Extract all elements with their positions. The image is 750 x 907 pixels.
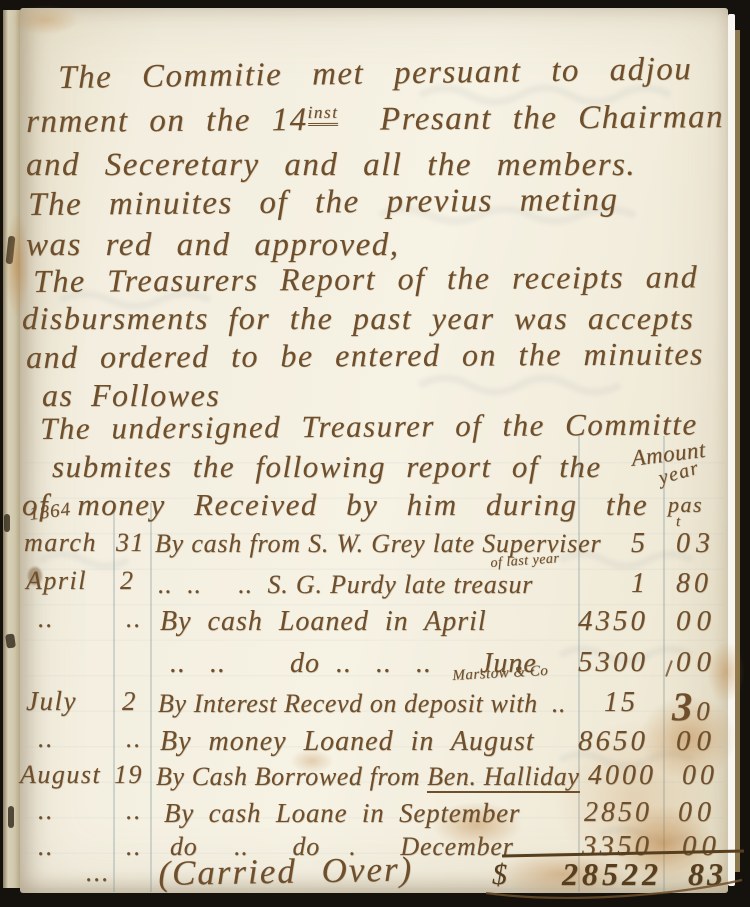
manuscript-line: was red and approved, [26, 227, 400, 264]
desc-text: By Cash Borrowed from [156, 762, 427, 791]
ledger-cents: 00 [676, 605, 717, 638]
scanned-ledger-photo: { "manuscript": { "paragraphs": [ {"text… [0, 0, 750, 907]
ledger-cents: 03 [676, 528, 716, 560]
ledger-day: 19 [114, 760, 143, 790]
manuscript-line: The minuites of the previus meting [28, 182, 619, 224]
ledger-month: march [24, 528, 97, 558]
ledger-desc: By cash Loaned in April [160, 606, 487, 638]
ledger-rule-line [113, 503, 115, 892]
ledger-desc: By money Loaned in August [160, 726, 535, 758]
manuscript-line: of money Received by him during the [22, 487, 648, 523]
ledger-cents: 00 [676, 646, 717, 679]
ink-blot [28, 567, 42, 585]
ledger-dollars: 4350 [520, 605, 648, 638]
ledger-day: 31 [116, 528, 145, 558]
manuscript-line: and ordered to be entered on the minuite… [26, 335, 704, 376]
ledger-day: .. [126, 724, 142, 754]
ledger-day: .. [126, 832, 142, 862]
total-dollars: 28522 [520, 856, 662, 893]
manuscript-line: rnment on the 14inst Presant the Chairma… [26, 99, 724, 141]
ledger-dollars: 4000 [528, 760, 656, 792]
binding-stitch [4, 514, 10, 532]
ledger-day: 2 [122, 686, 137, 717]
manuscript-line: The Treasurers Report of the receipts an… [33, 258, 698, 300]
ledger-day: .. [126, 796, 142, 826]
ledger-cents: 80 [676, 568, 712, 600]
ledger-desc: By Cash Borrowed from Ben. Halliday [156, 762, 580, 792]
ledger-dollars: 8650 [520, 725, 648, 758]
page-stack-edge [735, 30, 740, 872]
manuscript-line: and Seceretary and all the members. [26, 147, 636, 184]
superscript-inst: inst [308, 103, 339, 126]
next-page-edge [728, 14, 735, 886]
binding-stitch [8, 806, 14, 828]
ledger-cents: 30 [672, 683, 714, 730]
ledger-dollars: 15 [520, 687, 638, 719]
ledger-dollars: 1 [520, 568, 648, 600]
manuscript-line: disbursments for the past year was accep… [22, 300, 694, 337]
carried-prefix-dots: ... [86, 858, 110, 888]
line-text: rnment on the 14 [26, 102, 308, 140]
ledger-day: .. [126, 604, 142, 634]
bound-pages-edge [3, 10, 20, 888]
manuscript-line: as Followes [42, 377, 220, 414]
total-cents: 83 [688, 856, 726, 893]
ledger-month: .. [38, 796, 54, 826]
ledger-desc: By cash Loane in September [164, 798, 520, 829]
ledger-rule-line [663, 436, 665, 892]
carried-over-note: (Carried Over) [158, 850, 414, 894]
ledger-cents: 00 [678, 797, 716, 829]
ledger-rule-line [150, 503, 152, 892]
ledger-month: August [20, 760, 101, 790]
line-text: Presant the Chairman [338, 99, 724, 138]
stacked-word-pas: pas [668, 492, 703, 518]
ledger-month: .. [38, 832, 54, 862]
ledger-month: .. [38, 724, 54, 754]
ledger-cents: 00 [676, 725, 717, 758]
ledger-month: .. [38, 604, 54, 634]
total-currency: $ [492, 858, 509, 892]
ledger-cents: 00 [682, 760, 718, 792]
ledger-desc: .. .. .. S. G. Purdy late treasur [158, 570, 533, 600]
ledger-day: 2 [120, 566, 135, 596]
manuscript-line: submites the following report of the [52, 449, 602, 485]
binding-stitch [5, 633, 16, 648]
ledger-dollars: 2850 [520, 797, 652, 829]
manuscript-line: The undersigned Treasurer of the Committ… [40, 406, 698, 447]
ledger-month: July [26, 686, 77, 717]
ledger-desc: By Interest Recevd on deposit with .. [158, 689, 566, 719]
